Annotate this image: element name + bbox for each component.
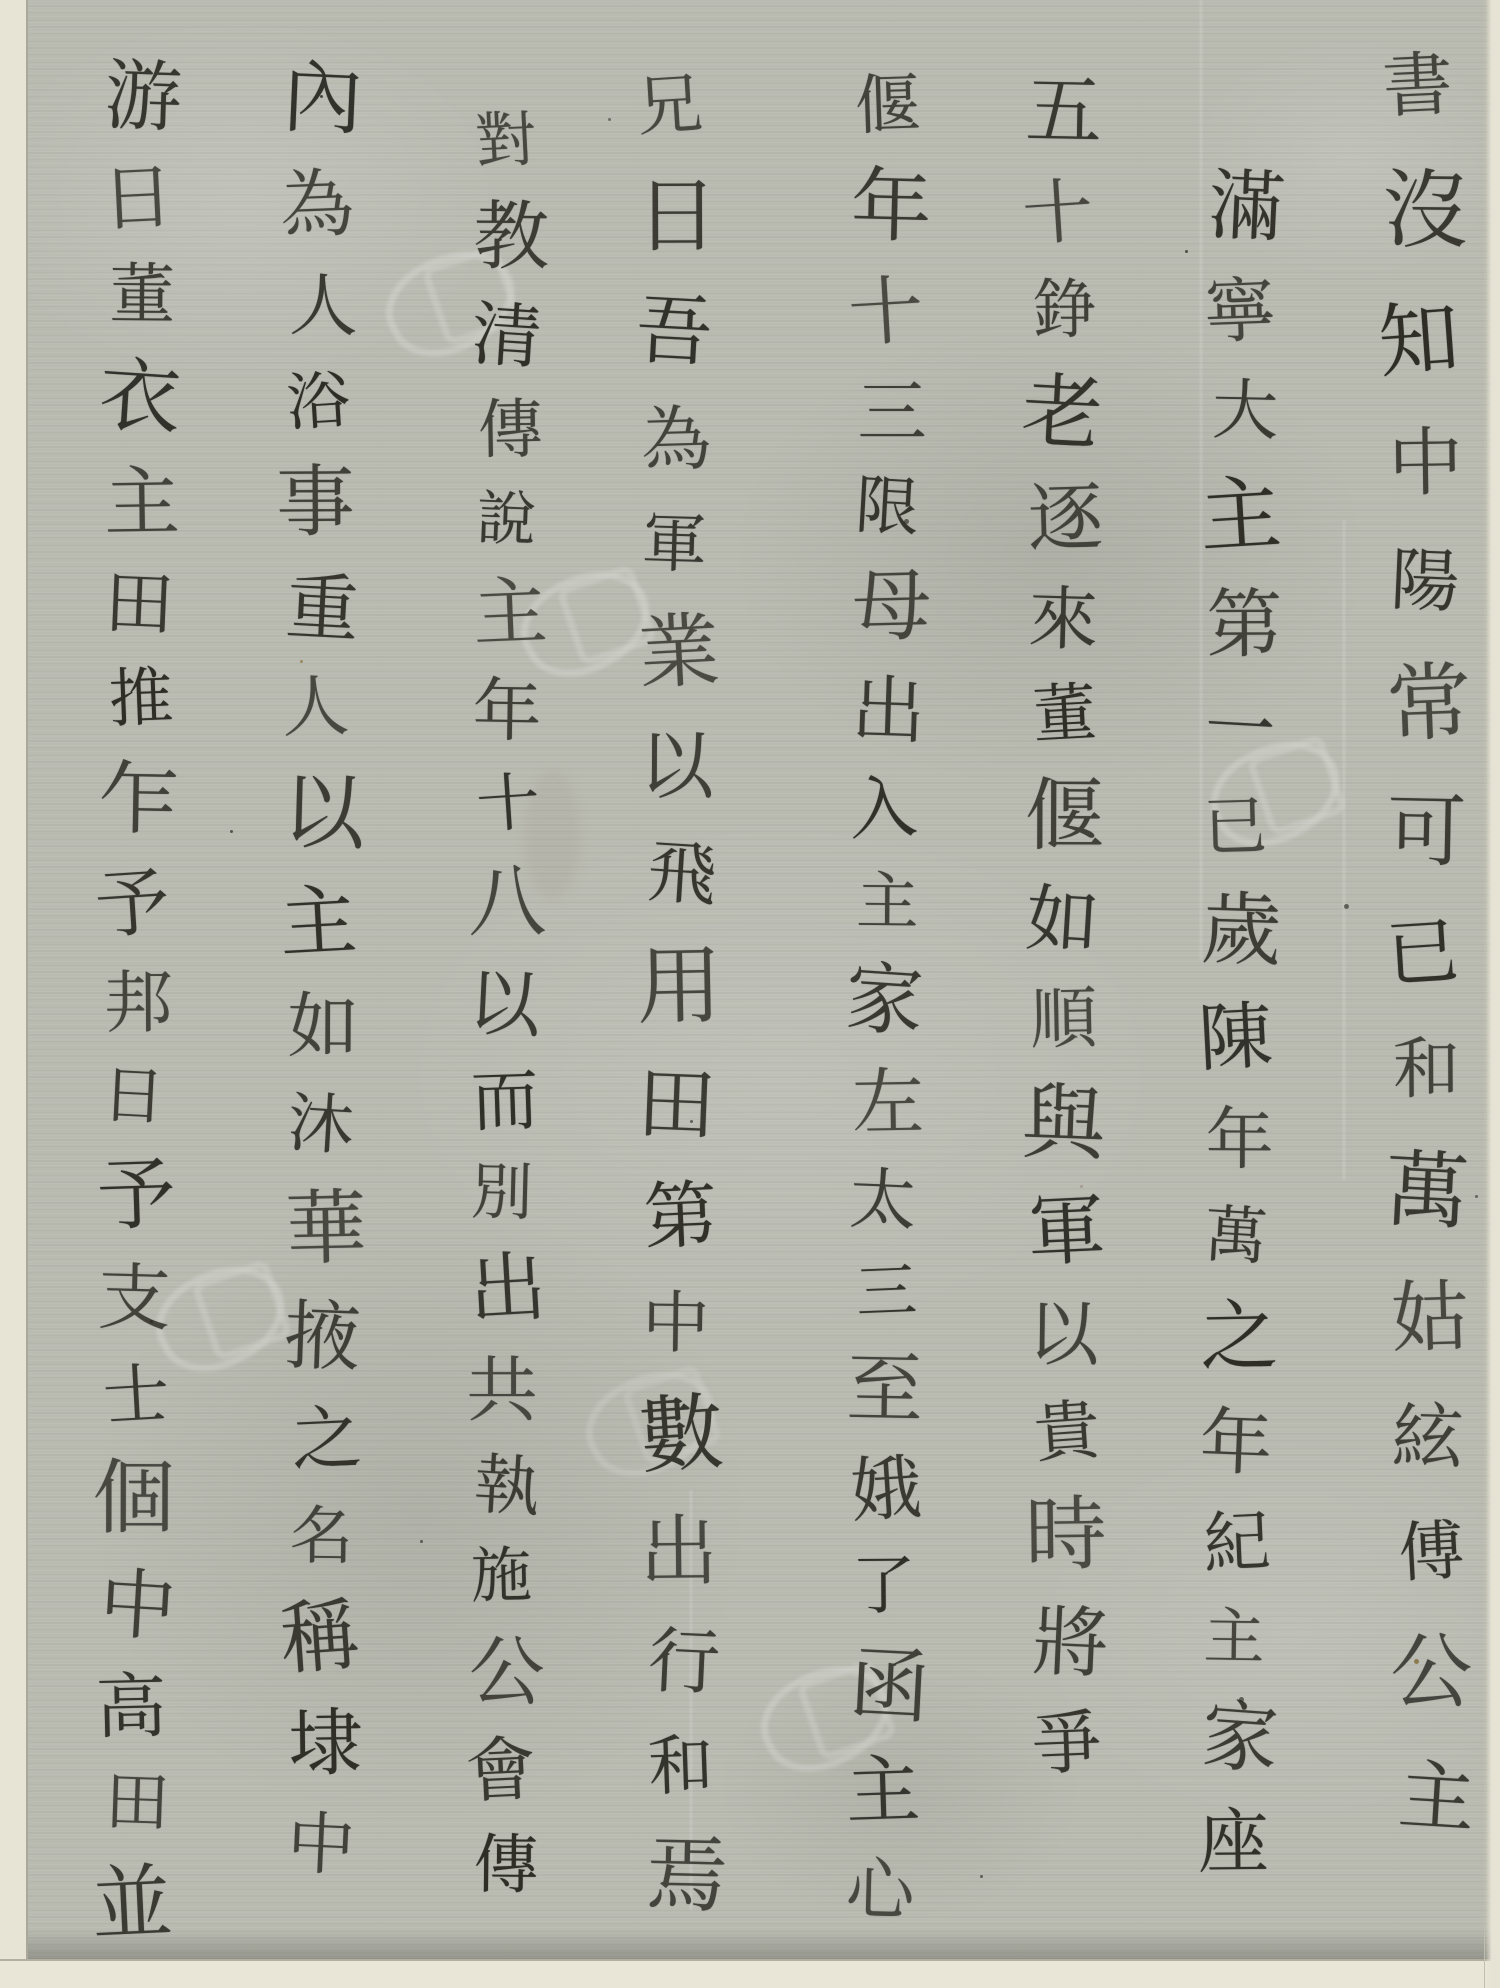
text-column-5: 兄日吾為軍業以飛用田第中數出行和焉 (592, 70, 752, 1961)
text-column-4: 偃年十三限母出入主家左太三至娥了函主心 (802, 70, 959, 1956)
text-column-2: 滿寧大主第一已歲陳年萬之年紀主家座 (1152, 165, 1311, 1911)
text-column-7: 內為人浴事重人以主如沐華掖之名稱埭中 (237, 55, 393, 1911)
mount-margin-right (1484, 0, 1500, 1988)
text-column-3: 五十錚老逐來董偃如順與軍以貴時將爭 (980, 70, 1136, 1811)
photo-shadow (0, 1929, 1500, 1959)
manuscript-photo: 書沒知中陽常可已和萬姑絃傅公主 滿寧大主第一已歲陳年萬之年紀主家座 五十錚老逐來… (0, 0, 1500, 1988)
mount-margin-bottom (0, 1959, 1500, 1988)
mount-margin-left (0, 0, 28, 1988)
text-column-8: 游日董衣主田推乍予邦日予支士個中高田並 (50, 55, 210, 1986)
text-column-1: 書沒知中陽常可已和萬姑絃傅公主 (1339, 47, 1500, 1893)
dust-specks (320, 95, 323, 98)
text-column-6: 對教清傳說主年十八以而別出共執施公會傳 (421, 108, 579, 1939)
